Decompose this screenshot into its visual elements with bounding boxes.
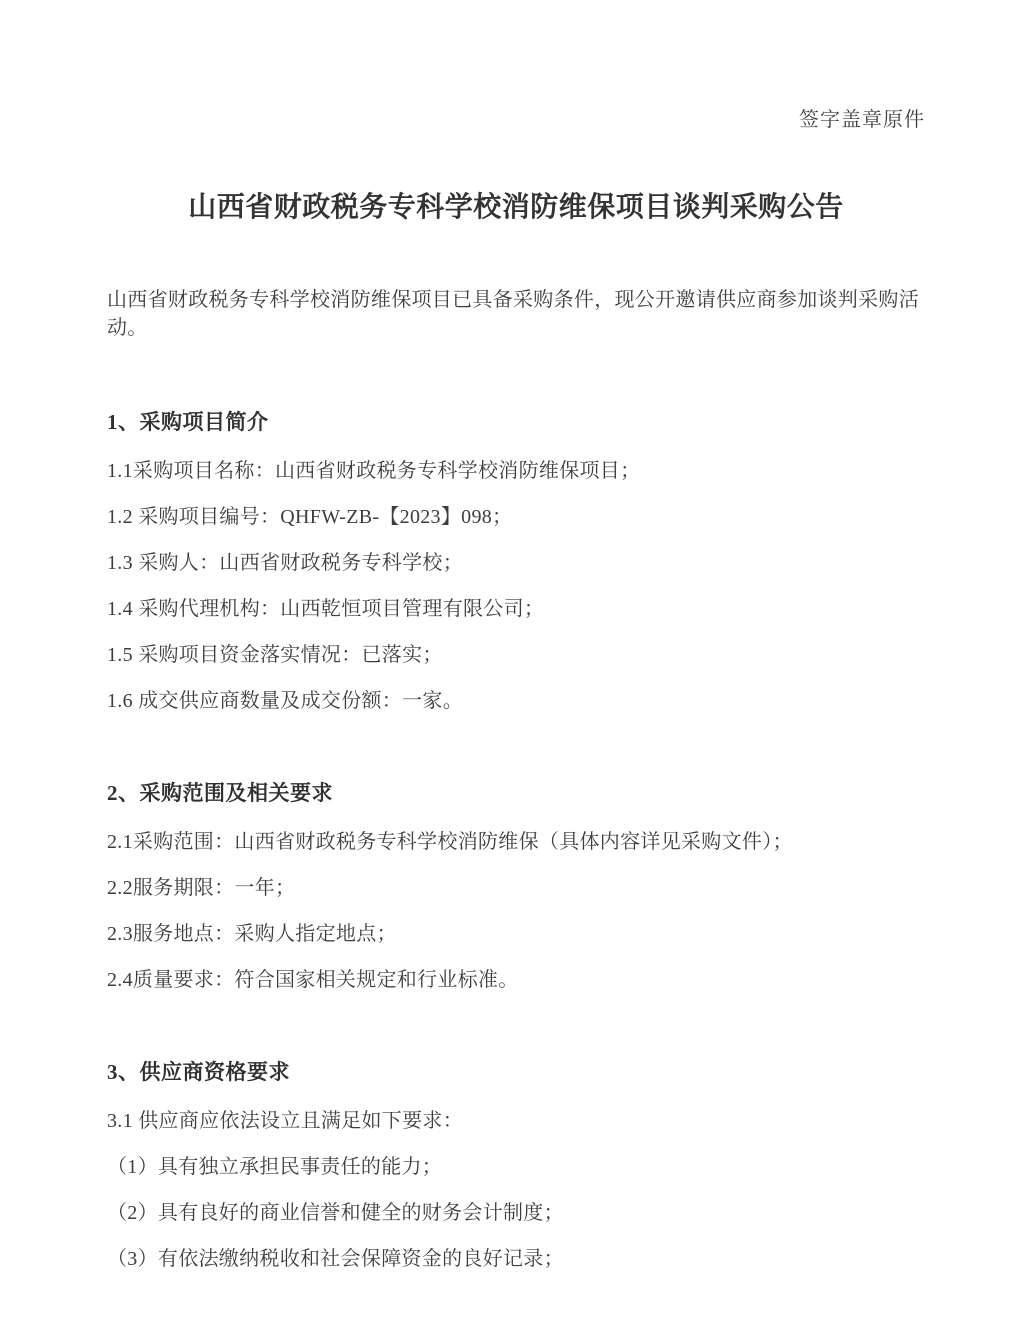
section-3-item-2: （1）具有独立承担民事责任的能力； — [107, 1155, 925, 1179]
section-3-item-4: （3）有依法缴纳税收和社会保障资金的良好记录； — [107, 1247, 925, 1271]
header-note: 签字盖章原件 — [107, 108, 925, 132]
section-2-item-4: 2.4质量要求：符合国家相关规定和行业标准。 — [107, 968, 925, 992]
section-2-heading: 2、采购范围及相关要求 — [107, 781, 925, 805]
document-content: 签字盖章原件 山西省财政税务专科学校消防维保项目谈判采购公告 山西省财政税务专科… — [0, 0, 1024, 1271]
section-1-item-2: 1.2 采购项目编号：QHFW-ZB-【2023】098； — [107, 505, 925, 529]
document-page: 签字盖章原件 山西省财政税务专科学校消防维保项目谈判采购公告 山西省财政税务专科… — [0, 0, 1024, 1325]
section-1-heading: 1、采购项目简介 — [107, 410, 925, 434]
section-2-item-1: 2.1采购范围：山西省财政税务专科学校消防维保（具体内容详见采购文件）； — [107, 830, 925, 854]
section-3-item-3: （2）具有良好的商业信誉和健全的财务会计制度； — [107, 1201, 925, 1225]
section-1-item-1: 1.1采购项目名称：山西省财政税务专科学校消防维保项目； — [107, 459, 925, 483]
document-title: 山西省财政税务专科学校消防维保项目谈判采购公告 — [107, 191, 925, 225]
section-2-item-2: 2.2服务期限：一年； — [107, 876, 925, 900]
section-supplier-qualifications: 3、供应商资格要求 3.1 供应商应依法设立且满足如下要求： （1）具有独立承担… — [107, 1060, 925, 1271]
section-1-item-4: 1.4 采购代理机构：山西乾恒项目管理有限公司； — [107, 597, 925, 621]
intro-paragraph: 山西省财政税务专科学校消防维保项目已具备采购条件，现公开邀请供应商参加谈判采购活… — [107, 286, 919, 342]
section-2-item-3: 2.3服务地点：采购人指定地点； — [107, 922, 925, 946]
section-3-heading: 3、供应商资格要求 — [107, 1060, 925, 1084]
section-1-item-6: 1.6 成交供应商数量及成交份额：一家。 — [107, 689, 925, 713]
section-project-overview: 1、采购项目简介 1.1采购项目名称：山西省财政税务专科学校消防维保项目； 1.… — [107, 410, 925, 713]
section-3-item-1: 3.1 供应商应依法设立且满足如下要求： — [107, 1109, 925, 1133]
section-1-item-5: 1.5 采购项目资金落实情况：已落实； — [107, 643, 925, 667]
section-1-item-3: 1.3 采购人：山西省财政税务专科学校； — [107, 551, 925, 575]
section-procurement-scope: 2、采购范围及相关要求 2.1采购范围：山西省财政税务专科学校消防维保（具体内容… — [107, 781, 925, 992]
